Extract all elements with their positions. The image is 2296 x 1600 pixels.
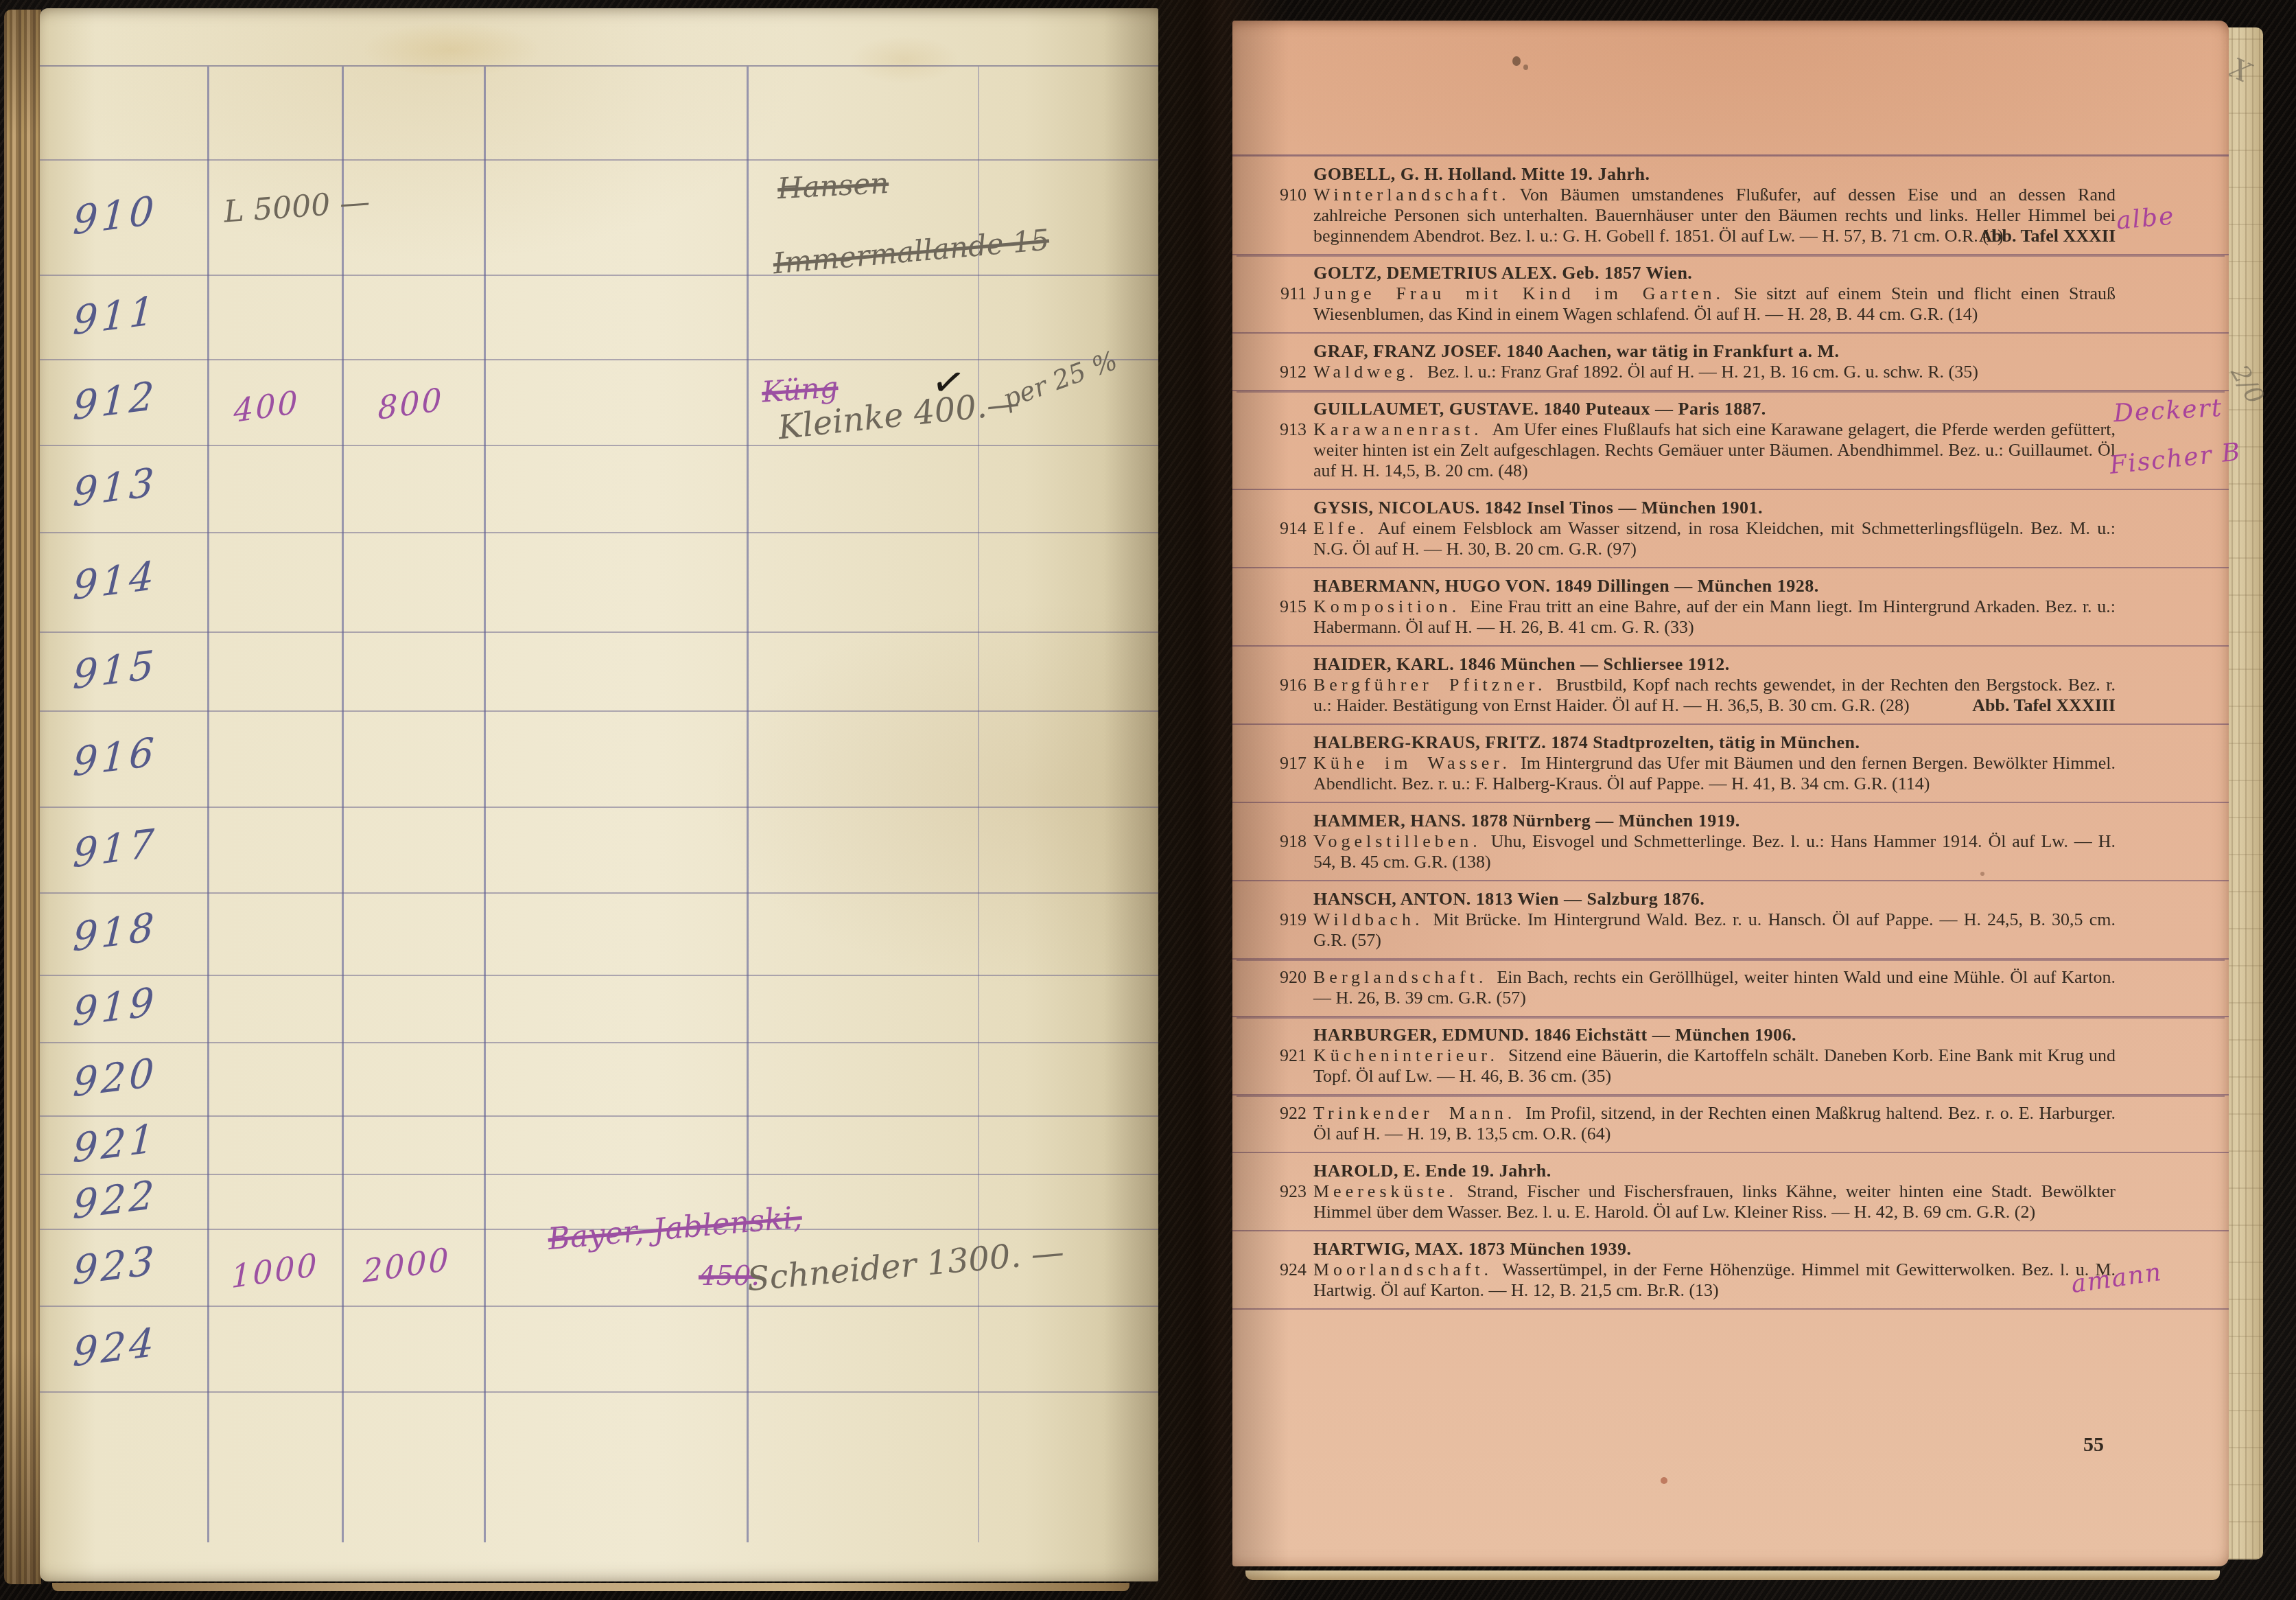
- artist-heading: HARTWIG, MAX. 1873 München 1939.: [1313, 1239, 2116, 1260]
- artist-heading: GUILLAUMET, GUSTAVE. 1840 Puteaux — Pari…: [1313, 399, 2116, 419]
- catalog-entry-911: GOLTZ, DEMETRIUS ALEX. Geb. 1857 Wien. 9…: [1232, 255, 2229, 334]
- result-amount: 2000: [363, 1240, 451, 1290]
- lot-title: Elfe.: [1313, 518, 1368, 538]
- lot-description: 919Wildbach.Mit Brücke. Im Hintergrund W…: [1313, 909, 2116, 951]
- page-number: 55: [2083, 1433, 2104, 1457]
- catalog-entries: GOBELL, G. H. Holland. Mitte 19. Jahrh. …: [1232, 154, 2229, 1310]
- artist-heading: GOLTZ, DEMETRIUS ALEX. Geb. 1857 Wien.: [1313, 263, 2116, 283]
- stain: [1512, 56, 1521, 66]
- bid-amount: 1000: [231, 1246, 319, 1295]
- catalog-entry-921: HARBURGER, EDMUND. 1846 Eichstätt — Münc…: [1232, 1017, 2229, 1095]
- catalog-entry-915: HABERMANN, HUGO VON. 1849 Dillingen — Mü…: [1232, 568, 2229, 647]
- lot-number-handwritten: 921: [72, 1115, 159, 1172]
- lot-title: Winterlandschaft.: [1313, 185, 1510, 205]
- artist-heading: HANSCH, ANTON. 1813 Wien — Salzburg 1876…: [1313, 889, 2116, 909]
- ledger-row-918: 918: [40, 894, 1158, 976]
- ledger-row-923: 923 1000 2000 Bayer, Jablenski, 450. Sch…: [40, 1230, 1158, 1307]
- lot-number-handwritten: 919: [72, 979, 159, 1035]
- lot-number: 921: [1268, 1045, 1307, 1066]
- catalog-entry-919: HANSCH, ANTON. 1813 Wien — Salzburg 1876…: [1232, 881, 2229, 960]
- artist-heading: HALBERG-KRAUS, FRITZ. 1874 Stadtprozelte…: [1313, 732, 2116, 753]
- lot-number-handwritten: 916: [72, 729, 159, 785]
- catalog-entry-916: HAIDER, KARL. 1846 München — Schliersee …: [1232, 647, 2229, 725]
- ledger-empty-row: [40, 1393, 1158, 1542]
- catalog-entry-914: GYSIS, NICOLAUS. 1842 Insel Tinos — Münc…: [1232, 490, 2229, 568]
- lot-number: 910: [1268, 185, 1307, 205]
- lot-text: Mit Brücke. Im Hintergrund Wald. Bez. r.…: [1313, 909, 2116, 950]
- price-note-pencil: L 5000 —: [222, 185, 371, 230]
- lot-title: Komposition.: [1313, 596, 1460, 616]
- lot-description: 914Elfe.Auf einem Felsblock am Wasser si…: [1313, 518, 2116, 559]
- artist-heading: HARBURGER, EDMUND. 1846 Eichstätt — Münc…: [1313, 1025, 2116, 1045]
- lot-number: 911: [1268, 283, 1307, 304]
- lot-number: 919: [1268, 909, 1307, 930]
- lot-description: 915Komposition.Eine Frau tritt an eine B…: [1313, 596, 2116, 638]
- lot-number-handwritten: 922: [72, 1172, 159, 1228]
- lot-number: 913: [1268, 419, 1307, 440]
- artist-heading: GOBELL, G. H. Holland. Mitte 19. Jahrh.: [1313, 164, 2116, 185]
- lot-number-handwritten: 912: [72, 373, 159, 429]
- lot-title: Bergführer Pfitzner.: [1313, 675, 1546, 695]
- lot-number: 923: [1268, 1181, 1307, 1202]
- lot-description: 917Kühe im Wasser.Im Hintergrund das Ufe…: [1313, 753, 2116, 794]
- lot-number: 912: [1268, 362, 1307, 382]
- lot-number-handwritten: 920: [72, 1050, 159, 1106]
- lot-number-handwritten: 913: [72, 459, 159, 515]
- under-page-edge: [52, 1583, 1129, 1591]
- edge-pencil-mark: 2/0: [2225, 360, 2269, 409]
- ledger-page: 910 L 5000 — Hansen Immermallande 15 911…: [40, 8, 1158, 1581]
- lot-description: 918Vogelstilleben.Uhu, Eisvogel und Schm…: [1313, 831, 2116, 872]
- ledger-row-910: 910 L 5000 — Hansen Immermallande 15: [40, 161, 1158, 276]
- lot-title: Karawanenrast.: [1313, 419, 1482, 439]
- catalog-entry-922: 922Trinkender Mann.Im Profil, sitzend, i…: [1232, 1095, 2229, 1153]
- ledger-row-924: 924: [40, 1307, 1158, 1393]
- lot-number-handwritten: 910: [72, 187, 159, 244]
- lot-number: 920: [1268, 967, 1307, 988]
- lot-text: Auf einem Felsblock am Wasser sitzend, i…: [1313, 518, 2116, 559]
- result-amount: 800: [377, 380, 443, 427]
- lot-title: Meeresküste.: [1313, 1181, 1457, 1201]
- lot-title: Kücheninterieur.: [1313, 1045, 1499, 1065]
- ledger-row-920: 920: [40, 1043, 1158, 1117]
- lot-number-handwritten: 915: [72, 642, 159, 698]
- struck-buyer-note: Hansen: [777, 166, 890, 205]
- catalog-entry-923: HAROLD, E. Ende 19. Jahrh. 923Meeresküst…: [1232, 1153, 2229, 1231]
- lot-description: 910Winterlandschaft.Von Bäumen umstanden…: [1313, 185, 2116, 246]
- lot-number-handwritten: 918: [72, 904, 159, 960]
- artist-heading: GYSIS, NICOLAUS. 1842 Insel Tinos — Münc…: [1313, 498, 2116, 518]
- lot-title: Junge Frau mit Kind im Garten.: [1313, 283, 1724, 303]
- catalog-entry-917: HALBERG-KRAUS, FRITZ. 1874 Stadtprozelte…: [1232, 725, 2229, 803]
- lot-description: 916Bergführer Pfitzner.Brustbild, Kopf n…: [1313, 675, 2116, 716]
- lot-title: Berglandschaft.: [1313, 967, 1487, 987]
- lot-description: 921Kücheninterieur.Sitzend eine Bäuerin,…: [1313, 1045, 2116, 1087]
- artist-heading: HABERMANN, HUGO VON. 1849 Dillingen — Mü…: [1313, 576, 2116, 596]
- lot-description: 912Waldweg.Bez. l. u.: Franz Graf 1892. …: [1313, 362, 2116, 382]
- artist-heading: HAMMER, HANS. 1878 Nürnberg — München 19…: [1313, 811, 2116, 831]
- lot-number-handwritten: 914: [72, 553, 159, 609]
- artist-heading: GRAF, FRANZ JOSEF. 1840 Aachen, war täti…: [1313, 341, 2116, 362]
- artist-heading: HAROLD, E. Ende 19. Jahrh.: [1313, 1161, 2116, 1181]
- ledger-row-917: 917: [40, 808, 1158, 894]
- ledger-header-band: [40, 67, 1158, 161]
- lot-title: Wildbach.: [1313, 909, 1424, 929]
- catalog-entry-920: 920Berglandschaft.Ein Bach, rechts ein G…: [1232, 960, 2229, 1017]
- lot-description: 920Berglandschaft.Ein Bach, rechts ein G…: [1313, 967, 2116, 1008]
- ledger-row-913: 913: [40, 446, 1158, 533]
- struck-buyer-note: Immermallande 15: [772, 223, 1051, 281]
- lot-number: 924: [1268, 1260, 1307, 1280]
- ledger-row-916: 916: [40, 712, 1158, 808]
- bid-amount: 400: [233, 383, 299, 430]
- lot-number: 914: [1268, 518, 1307, 539]
- catalog-entry-912: GRAF, FRANZ JOSEF. 1840 Aachen, war täti…: [1232, 334, 2229, 391]
- margin-note: Deckert: [2113, 394, 2223, 428]
- lot-description: 923Meeresküste.Strand, Fischer und Fisch…: [1313, 1181, 2116, 1222]
- lot-number: 917: [1268, 753, 1307, 774]
- lot-title: Kühe im Wasser.: [1313, 753, 1511, 773]
- stain: [1523, 65, 1528, 70]
- stain: [1661, 1477, 1667, 1484]
- ledger-row-912: 912 400 800 Küng Kleinke 400.— ✓ per 25 …: [40, 360, 1158, 446]
- lot-number-handwritten: 911: [72, 288, 159, 344]
- lot-text: Bez. l. u.: Franz Graf 1892. Öl auf H. —…: [1427, 362, 1978, 382]
- lot-description: 922Trinkender Mann.Im Profil, sitzend, i…: [1313, 1103, 2116, 1144]
- lot-number: 918: [1268, 831, 1307, 852]
- lot-number-handwritten: 924: [72, 1319, 159, 1376]
- lot-number: 915: [1268, 596, 1307, 617]
- margin-note: albe: [2115, 202, 2176, 235]
- ledger-row-921: 921: [40, 1117, 1158, 1175]
- lot-description: 924Moorlandschaft.Wassertümpel, in der F…: [1313, 1260, 2116, 1301]
- lot-title: Moorlandschaft.: [1313, 1260, 1492, 1279]
- lot-title: Trinkender Mann.: [1313, 1103, 1516, 1123]
- edge-pencil-mark: X: [2225, 52, 2256, 89]
- lot-number: 922: [1268, 1103, 1307, 1124]
- page-edges-left: [4, 10, 41, 1584]
- ledger-row-911: 911: [40, 276, 1158, 360]
- catalog-entry-910: GOBELL, G. H. Holland. Mitte 19. Jahrh. …: [1232, 156, 2229, 255]
- book-photograph: X 2/0 910 L 5000 — Hansen Immermallande …: [0, 0, 2296, 1600]
- artist-heading: HAIDER, KARL. 1846 München — Schliersee …: [1313, 654, 2116, 675]
- under-page-edge: [1245, 1570, 2220, 1580]
- catalog-entry-913: GUILLAUMET, GUSTAVE. 1840 Puteaux — Pari…: [1232, 391, 2229, 490]
- lot-description: 913Karawanenrast.Am Ufer eines Flußlaufs…: [1313, 419, 2116, 481]
- buyer-note-pencil: Schneider 1300. —: [745, 1233, 1065, 1299]
- ledger-row-915: 915: [40, 633, 1158, 712]
- lot-number-handwritten: 923: [72, 1238, 159, 1294]
- lot-number: 916: [1268, 675, 1307, 695]
- ledger-row-919: 919: [40, 976, 1158, 1043]
- lot-title: Vogelstilleben.: [1313, 831, 1481, 851]
- lot-description: 911Junge Frau mit Kind im Garten.Sie sit…: [1313, 283, 2116, 325]
- catalog-page: GOBELL, G. H. Holland. Mitte 19. Jahrh. …: [1232, 21, 2229, 1566]
- ledger-row-914: 914: [40, 533, 1158, 633]
- lot-title: Waldweg.: [1313, 362, 1418, 382]
- lot-number-handwritten: 917: [72, 820, 159, 877]
- ledger-grid: 910 L 5000 — Hansen Immermallande 15 911…: [40, 65, 1158, 1542]
- catalog-entry-918: HAMMER, HANS. 1878 Nürnberg — München 19…: [1232, 803, 2229, 881]
